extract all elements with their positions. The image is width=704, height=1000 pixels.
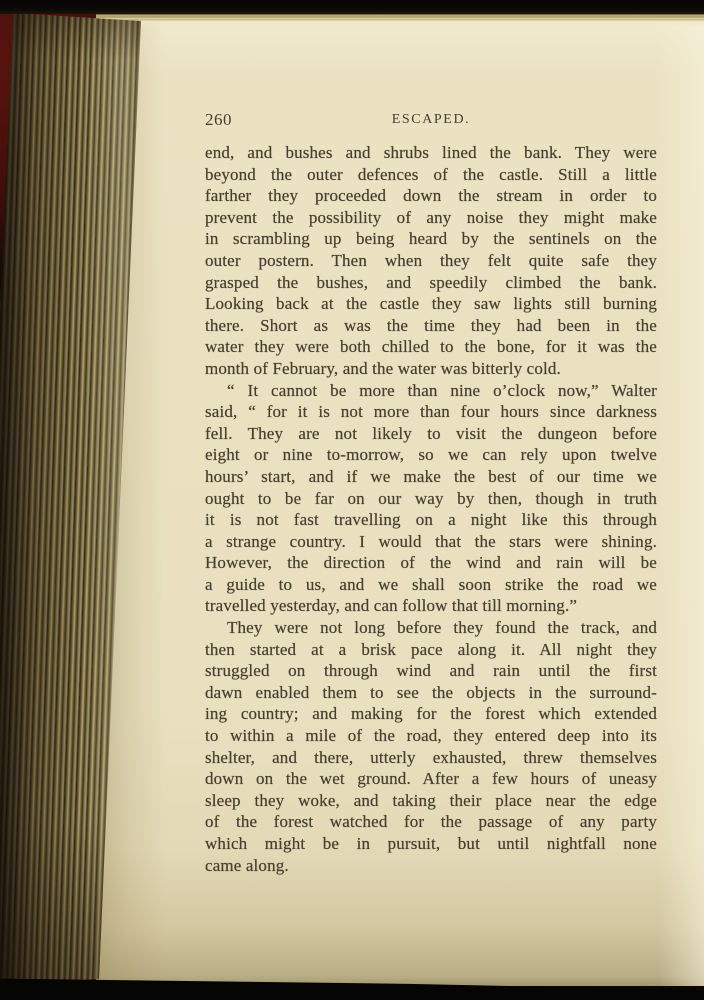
book-photo-scene: 260 ESCAPED. end, and bushes and shrubs … xyxy=(0,0,704,1000)
text-line: dawn enabled them to see the objects in … xyxy=(205,682,657,704)
text-line: sleep they woke, and taking their place … xyxy=(205,790,657,812)
text-line: They were not long before they found the… xyxy=(205,617,657,639)
text-line: farther they proceeded down the stream i… xyxy=(205,185,657,207)
text-line: down on the wet ground. After a few hour… xyxy=(205,768,657,790)
text-line: water they were both chilled to the bone… xyxy=(205,336,657,358)
running-header: ESCAPED. xyxy=(205,110,657,128)
paragraph: “ It cannot be more than nine o’clock no… xyxy=(205,380,657,618)
text-line: month of February, and the water was bit… xyxy=(205,358,657,380)
text-line: it is not fast travelling on a night lik… xyxy=(205,509,657,531)
text-line: struggled on through wind and rain until… xyxy=(205,660,657,682)
text-line: said, “ for it is not more than four hou… xyxy=(205,401,657,423)
text-line: hours’ start, and if we make the best of… xyxy=(205,466,657,488)
text-line: ought to be far on our way by then, thou… xyxy=(205,488,657,510)
text-line: ing country; and making for the forest w… xyxy=(205,703,657,725)
text-line: outer postern. Then when they felt quite… xyxy=(205,250,657,272)
text-line: “ It cannot be more than nine o’clock no… xyxy=(205,380,657,402)
text-line: which might be in pursuit, but until nig… xyxy=(205,833,657,855)
text-line: grasped the bushes, and speedily climbed… xyxy=(205,272,657,294)
text-line: shelter, and there, utterly exhausted, t… xyxy=(205,747,657,769)
text-line: then started at a brisk pace along it. A… xyxy=(205,639,657,661)
book-page: 260 ESCAPED. end, and bushes and shrubs … xyxy=(96,14,704,986)
text-line: beyond the outer defences of the castle.… xyxy=(205,164,657,186)
text-line: travelled yesterday, and can follow that… xyxy=(205,595,657,617)
page-top-edge xyxy=(96,14,704,26)
page-body: end, and bushes and shrubs lined the ban… xyxy=(205,142,657,876)
photo-top-dark-band xyxy=(0,0,704,14)
text-line: eight or nine to-morrow, so we can rely … xyxy=(205,444,657,466)
text-line: a strange country. I would that the star… xyxy=(205,531,657,553)
text-line: fell. They are not likely to visit the d… xyxy=(205,423,657,445)
text-line: there. Short as was the time they had be… xyxy=(205,315,657,337)
text-line: in scrambling up being heard by the sent… xyxy=(205,228,657,250)
text-line: came along. xyxy=(205,855,657,877)
text-line: of the forest watched for the passage of… xyxy=(205,811,657,833)
text-line: a guide to us, and we shall soon strike … xyxy=(205,574,657,596)
paragraph: They were not long before they found the… xyxy=(205,617,657,876)
text-line: to within a mile of the road, they enter… xyxy=(205,725,657,747)
text-line: Looking back at the castle they saw ligh… xyxy=(205,293,657,315)
paragraph: end, and bushes and shrubs lined the ban… xyxy=(205,142,657,380)
text-line: end, and bushes and shrubs lined the ban… xyxy=(205,142,657,164)
text-line: However, the direction of the wind and r… xyxy=(205,552,657,574)
text-line: prevent the possibility of any noise the… xyxy=(205,207,657,229)
page-header: 260 ESCAPED. xyxy=(205,110,657,132)
page-number: 260 xyxy=(205,110,232,130)
